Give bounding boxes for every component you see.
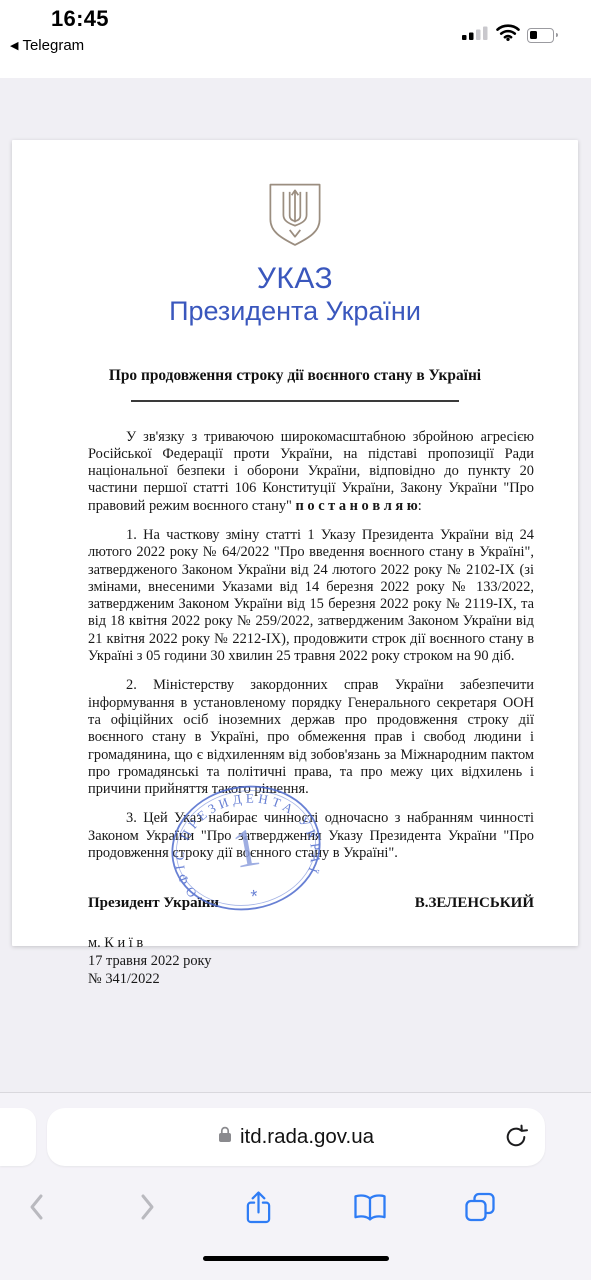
- bookmarks-button[interactable]: [348, 1187, 392, 1227]
- back-to-telegram-button[interactable]: ◀ Telegram: [10, 37, 84, 54]
- ukraine-trident-emblem-icon: [267, 182, 323, 248]
- decree-item-3: 3. Цей Указ набирає чинності одночасно з…: [88, 810, 534, 862]
- decree-body: У зв'язку з триваючою широкомасштабною з…: [12, 429, 578, 863]
- cellular-signal-icon: [462, 26, 489, 45]
- decree-item-1: 1. На часткову зміну статті 1 Указу През…: [88, 527, 534, 665]
- url-text: itd.rada.gov.ua: [240, 1125, 374, 1149]
- home-indicator[interactable]: [203, 1256, 389, 1261]
- clock: 16:45: [51, 6, 109, 32]
- wifi-icon: [496, 24, 520, 46]
- signature-title: Президент України: [88, 895, 219, 912]
- status-icons: [462, 24, 558, 46]
- decree-title: Про продовження строку дії воєнного стан…: [32, 367, 558, 385]
- title-underline: [131, 400, 459, 402]
- decree-word: п о с т а н о в л я ю: [296, 498, 418, 514]
- status-bar: 16:45 ◀ Telegram: [0, 0, 591, 78]
- pdf-viewer[interactable]: УКАЗ Президента України Про продовження …: [0, 78, 591, 1092]
- footer-place: м. К и ї в: [88, 935, 578, 953]
- decree-footer: м. К и ї в 17 травня 2022 року № 341/202…: [12, 935, 578, 988]
- intro-paragraph: У зв'язку з триваючою широкомасштабною з…: [88, 429, 534, 515]
- signature-row: Президент України В.ЗЕЛЕНСЬКИЙ: [12, 895, 578, 912]
- decree-colon: :: [418, 498, 422, 514]
- decree-document-page: УКАЗ Президента України Про продовження …: [12, 140, 578, 946]
- forward-button[interactable]: [126, 1187, 170, 1227]
- back-triangle-icon: ◀: [10, 39, 18, 52]
- lock-icon: [218, 1126, 232, 1148]
- signature-name: В.ЗЕЛЕНСЬКИЙ: [415, 895, 534, 912]
- footer-date: 17 травня 2022 року: [88, 953, 578, 971]
- reload-button[interactable]: [503, 1124, 529, 1150]
- iphone-screen: 16:45 ◀ Telegram: [0, 0, 591, 1280]
- decree-item-2: 2. Міністерству закордонних справ Україн…: [88, 677, 534, 798]
- footer-number: № 341/2022: [88, 971, 578, 989]
- previous-tab-peek[interactable]: [0, 1108, 36, 1166]
- battery-icon: [527, 28, 558, 42]
- decree-heading-line2: Президента України: [12, 296, 578, 327]
- back-app-label: Telegram: [22, 37, 84, 54]
- back-button[interactable]: [14, 1187, 58, 1227]
- decree-heading-line1: УКАЗ: [12, 262, 578, 296]
- safari-bottom-bar: itd.rada.gov.ua: [0, 1092, 591, 1280]
- tabs-button[interactable]: [458, 1187, 502, 1227]
- address-bar[interactable]: itd.rada.gov.ua: [47, 1108, 545, 1166]
- share-button[interactable]: [236, 1187, 280, 1227]
